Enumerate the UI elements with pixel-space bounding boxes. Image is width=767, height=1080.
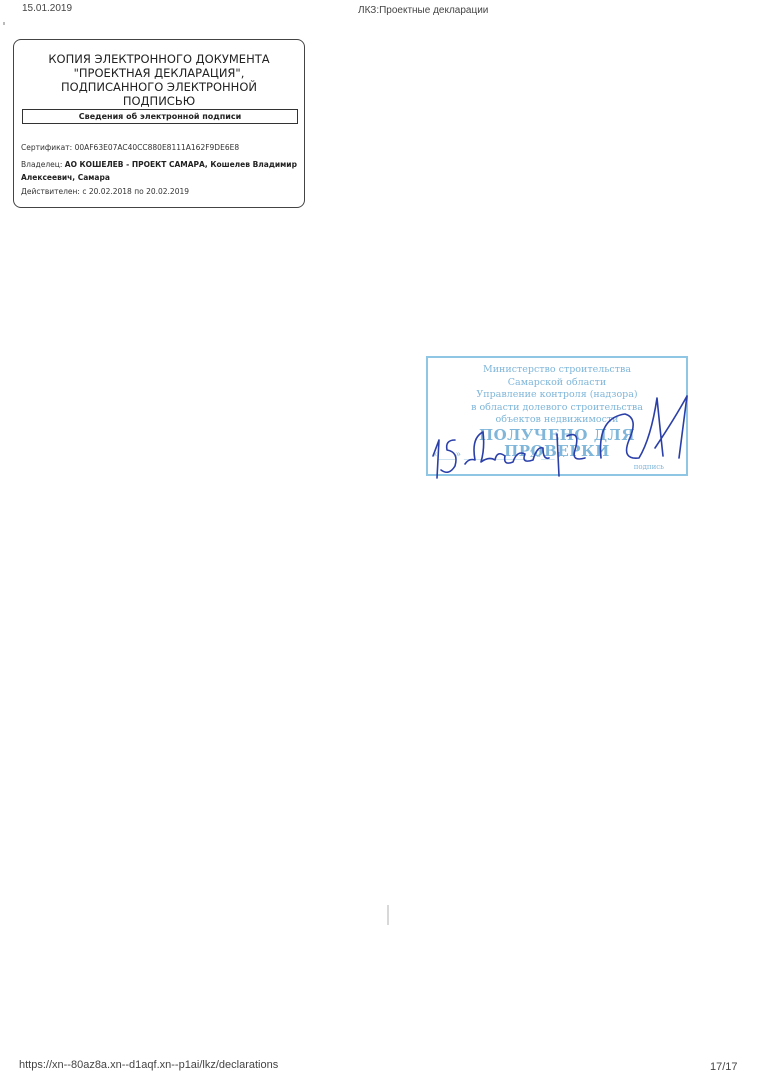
scan-speck bbox=[3, 22, 5, 25]
owner-label: Владелец: bbox=[21, 160, 62, 169]
stamp-line: Управление контроля (надзора) bbox=[428, 389, 686, 402]
certificate-label: Сертификат: bbox=[21, 143, 72, 152]
signature-box-title: КОПИЯ ЭЛЕКТРОННОГО ДОКУМЕНТА "ПРОЕКТНАЯ … bbox=[14, 52, 304, 108]
certificate-value: 00AF63E07AC40CC880E8111A162F9DE6E8 bbox=[75, 143, 240, 152]
owner-line: Владелец: АО КОШЕЛЕВ - ПРОЕКТ САМАРА, Ко… bbox=[21, 158, 303, 184]
validity-label: Действителен: bbox=[21, 187, 80, 196]
stamp-line: объектов недвижимости bbox=[428, 414, 686, 427]
validity-value: с 20.02.2018 по 20.02.2019 bbox=[82, 187, 189, 196]
ministry-stamp: Министерство строительства Самарской обл… bbox=[426, 356, 688, 476]
stamp-line: Министерство строительства bbox=[428, 364, 686, 377]
certificate-line: Сертификат: 00AF63E07AC40CC880E8111A162F… bbox=[21, 141, 239, 154]
stamp-signature-caption: подпись bbox=[634, 463, 664, 471]
stamp-line: Самарской области bbox=[428, 377, 686, 390]
validity-line: Действителен: с 20.02.2018 по 20.02.2019 bbox=[21, 185, 189, 198]
print-page-title: ЛКЗ:Проектные декларации bbox=[358, 5, 488, 16]
stamp-line: в области долевого строительства bbox=[428, 402, 686, 415]
page-number: 17/17 bbox=[710, 1061, 738, 1073]
scan-artifact-mark bbox=[387, 905, 389, 925]
electronic-signature-box: КОПИЯ ЭЛЕКТРОННОГО ДОКУМЕНТА "ПРОЕКТНАЯ … bbox=[13, 39, 305, 208]
owner-value: АО КОШЕЛЕВ - ПРОЕКТ САМАРА, Кошелев Влад… bbox=[21, 160, 297, 182]
stamp-date-field: «____» ______________ 20___ г. bbox=[432, 450, 680, 460]
footer-url: https://xn--80az8a.xn--d1aqf.xn--p1ai/lk… bbox=[19, 1059, 278, 1071]
print-date: 15.01.2019 bbox=[22, 3, 72, 14]
signature-info-header: Сведения об электронной подписи bbox=[22, 109, 298, 124]
